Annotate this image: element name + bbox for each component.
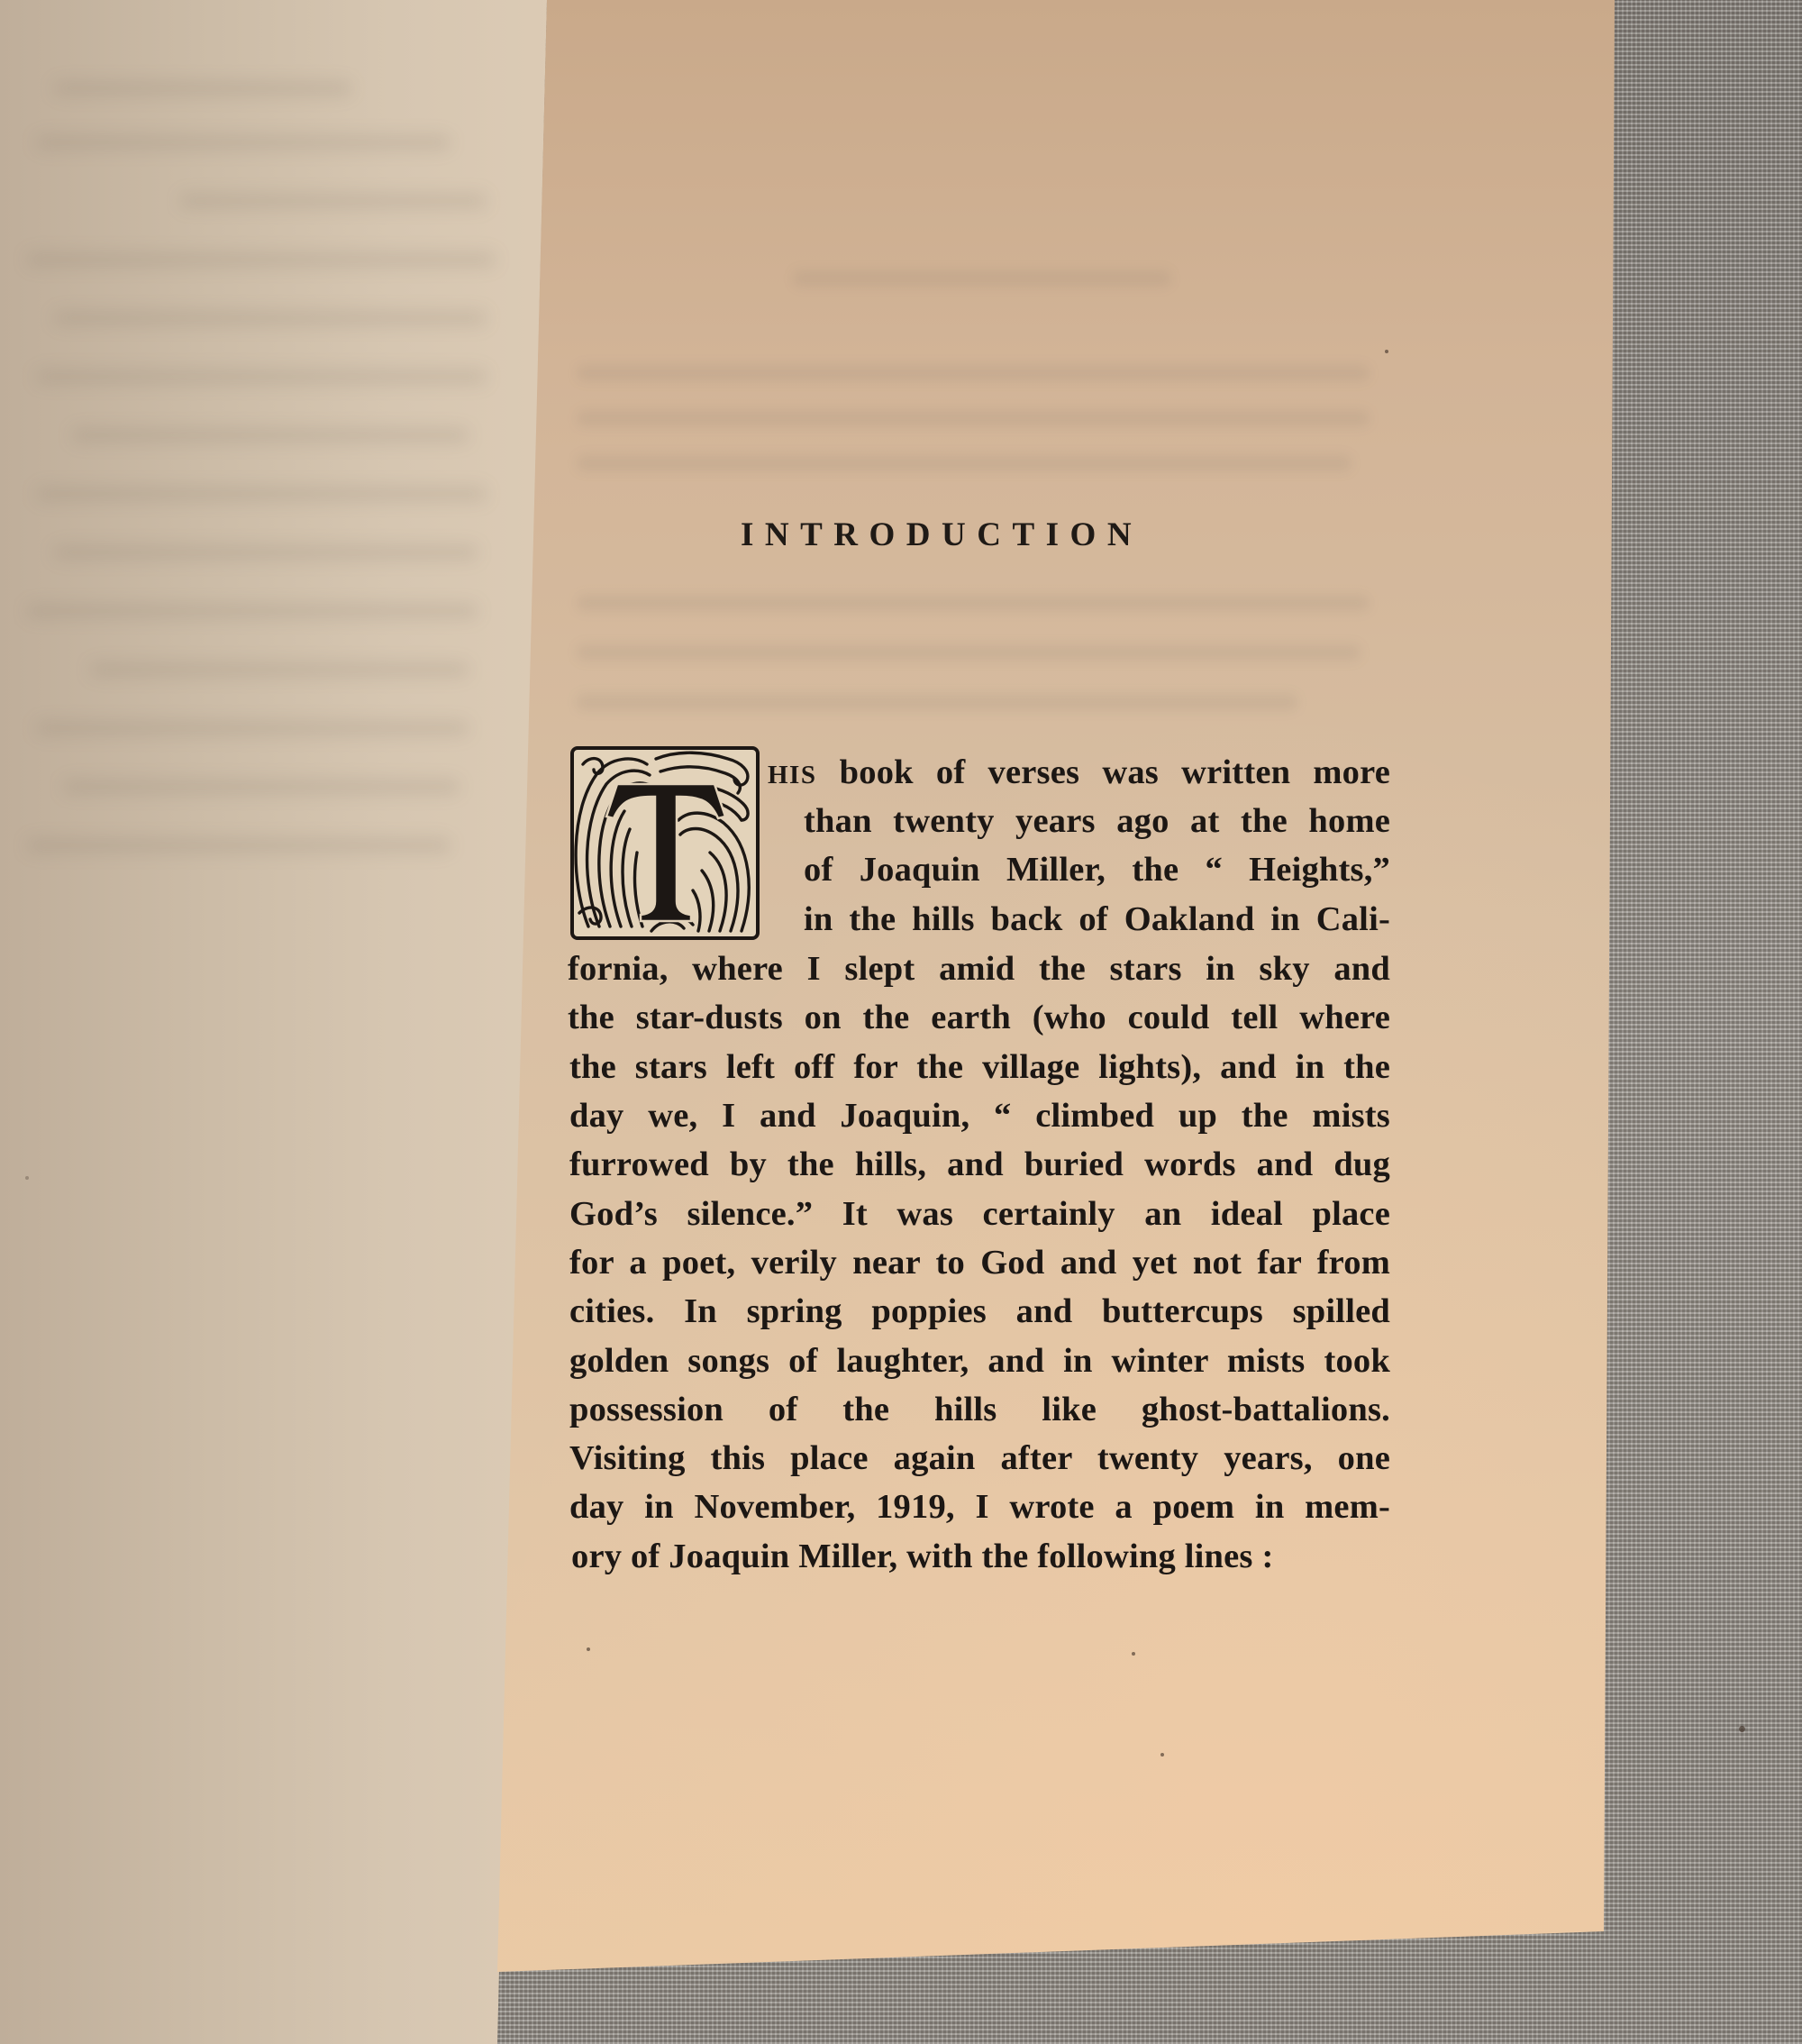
cloth-speck [1739, 1726, 1745, 1732]
body-text-line: day in November, 1919, I wrote a poem in… [569, 1483, 1390, 1531]
paper-speck [1132, 1652, 1135, 1656]
body-text-line: cities. In spring poppies and buttercups… [569, 1287, 1390, 1336]
page-text-layer: INTRODUCTION [0, 0, 1802, 2044]
paper-speck [25, 1176, 29, 1180]
body-text-line: HIS book of verses was written more [768, 748, 1390, 797]
body-text-line: day we, I and Joaquin, “ climbed up the … [569, 1091, 1390, 1140]
body-text-line: possession of the hills like ghost-batta… [569, 1385, 1390, 1434]
body-text-line: for a poet, verily near to God and yet n… [569, 1238, 1390, 1287]
body-text-line: furrowed by the hills, and buried words … [569, 1140, 1390, 1189]
body-text-line: golden songs of laughter, and in winter … [569, 1337, 1390, 1385]
body-text-line: than twenty years ago at the home [804, 797, 1390, 845]
body-text-line: the star-dusts on the earth (who could t… [568, 993, 1390, 1042]
body-text-line: Visiting this place again after twenty y… [569, 1434, 1390, 1483]
ornamental-drop-cap-t-icon [570, 746, 760, 940]
paper-speck [587, 1647, 590, 1651]
body-text-line: the stars left off for the village light… [569, 1043, 1390, 1091]
body-text-line: in the hills back of Oakland in Cali- [804, 895, 1390, 944]
paper-speck [1385, 350, 1388, 353]
body-text-line: fornia, where I slept amid the stars in … [568, 944, 1390, 993]
paper-speck [1160, 1753, 1164, 1757]
body-text-line: God’s silence.” It was certainly an idea… [569, 1190, 1390, 1238]
chapter-title: INTRODUCTION [741, 516, 1218, 554]
body-text-line: of Joaquin Miller, the “ Heights,” [804, 845, 1390, 894]
body-text-line: ory of Joaquin Miller, with the followin… [571, 1532, 1392, 1581]
first-word-smallcaps: HIS [768, 761, 816, 789]
